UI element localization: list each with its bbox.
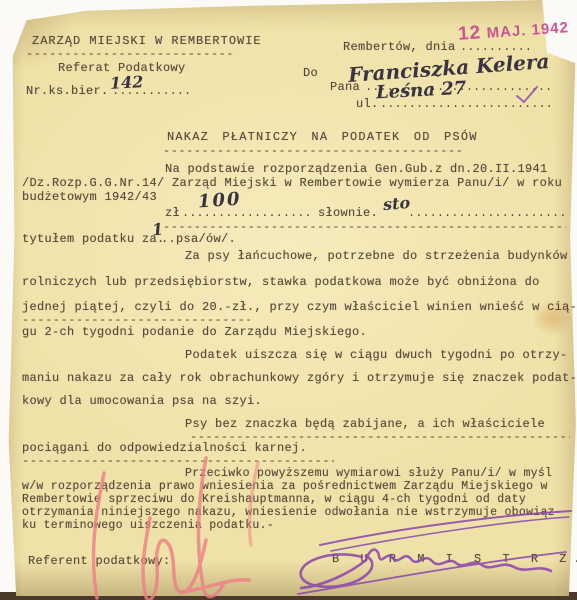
paragraph2-line1: Za psy łańcuchowe, potrzebne do strzeżen… [185,249,568,263]
street-label: ul. [356,97,379,111]
paragraph5-line4: otrzymania niniejszego nakazu, wniesieni… [22,506,562,519]
paragraph4-line2: pociągani do odpowiedzialności karnej. [22,441,307,455]
paragraph1-line2: /Dz.Rozp.G.G.Nr.14/ Zarząd Miejski w Rem… [22,176,562,190]
paragraph2-line4: gu 2-ch tygodni podanie do Zarządu Miejs… [22,325,367,339]
paragraph3-line2: maniu nakazu za cały rok obrachunkowy zg… [22,371,577,385]
right-signer-label: B U R M I S T R Z. [332,552,577,566]
currency-label: zł [165,206,180,220]
paragraph5-line3: Rembertowie sprzeciwu do Kreishauptmanna… [22,493,526,506]
paragraph3-line3: kowy dla umocowania psa na szyi. [22,394,262,408]
paragraph2-line2: rolniczych lub przedsiębiorstw, stawka p… [22,275,540,289]
paragraph1-line3: budżetowym 1942/43 [22,190,157,204]
scanned-document-photo: ZARZĄD MIEJSKI W REMBERTOWIE -----------… [0,0,577,600]
document-title: NAKAZ PŁATNICZY NA PODATEK OD PSÓW [167,130,478,144]
subject-line-part1: tytułem podatku za. [22,232,165,246]
paragraph1-line1: Na podstawie rozporządzenia Gen.Gub.z dn… [165,162,548,176]
place-and-date-label: Rembertów, dnia [343,40,456,54]
in-words-handwritten: sto [382,193,411,214]
ledger-number-label: Nr.ks.bier. [26,84,109,98]
paragraph3-line1: Podatek uiszcza się w ciągu dwuch tygodn… [185,348,568,362]
paragraph2-line3: jednej piątej, czyli do 20.-zł., przy cz… [22,300,577,314]
amount-handwritten: 100 [197,189,242,213]
paragraph5-line1: Przeciwko powyższemu wymiarowi służy Pan… [185,467,552,480]
date-stamp-day: 12 [457,22,482,45]
ledger-number-handwritten: 142 [110,72,144,93]
date-stamp-month-year: MAJ. 1942 [486,19,569,42]
paragraph5-line2: w/w rozporządzenia prawo wniesienia za p… [22,480,548,493]
paragraph4-line1: Psy bez znaczka będą zabijane, a ich wła… [185,417,545,431]
in-words-dotted-line: ........................................… [408,206,566,220]
issuing-office-name: ZARZĄD MIEJSKI W REMBERTOWIE [32,34,262,48]
title-underline-dashes: ----------------------------------------… [163,144,463,158]
subject-line-part2: ..psa/ów/. [161,232,236,246]
left-signer-label: Referent podatkowy: [28,554,171,568]
paragraph4-emphasis-dashes-2: ----------------------------------------… [22,454,334,468]
office-underline-dashes: ----------------------------------------… [26,47,236,61]
paragraph5-line5: ku terminowego uiszczenia podatku.- [22,519,274,532]
addressee-to-label: Do [303,66,318,80]
in-words-label: słownie. [318,206,378,220]
